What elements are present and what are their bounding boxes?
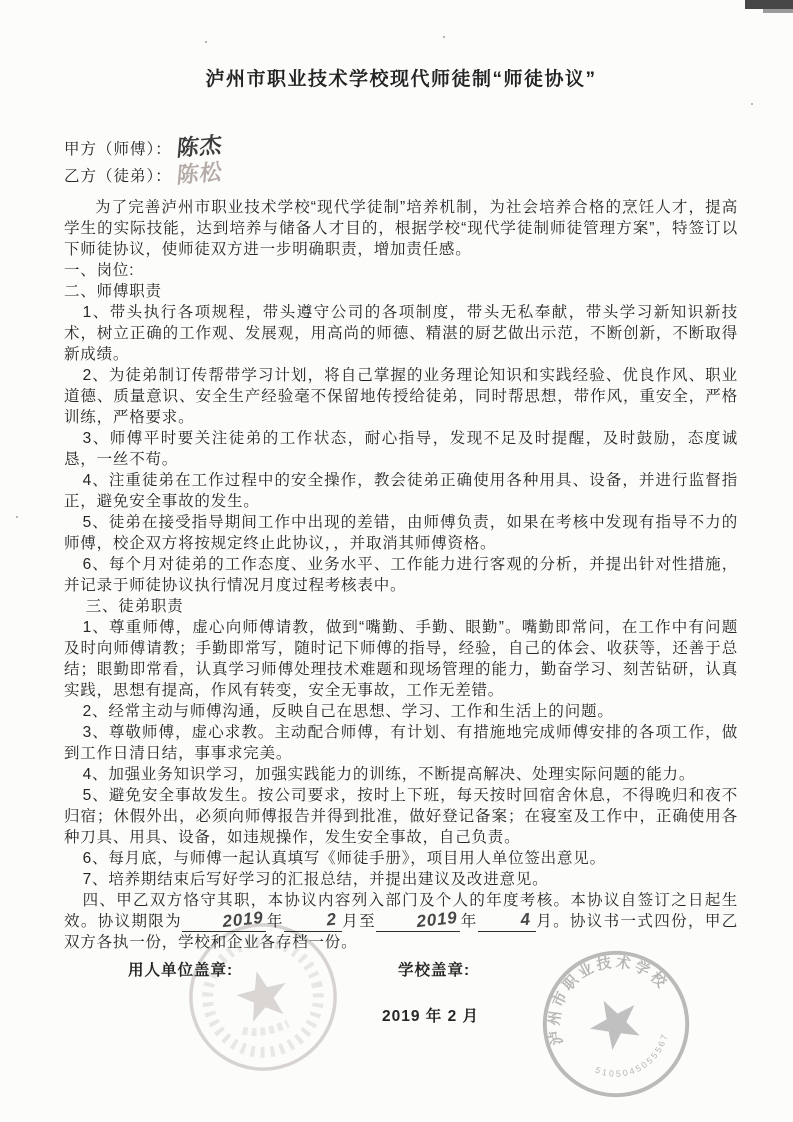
party-master-line: 甲方（师傅）：陈杰 — [64, 137, 738, 164]
section-post-heading: 一、岗位: — [64, 260, 738, 281]
apprentice-duty-item-1: 1、尊重师傅，虚心向师傅请教，做到“嘴勤、手勤、眼勤”。嘴勤即常问，在工作中有问… — [64, 617, 738, 701]
master-duty-item-5: 5、徒弟在接受指导期间工作中出现的差错，由师傅负责，如果在考核中发现有指导不力的… — [64, 512, 738, 554]
preamble-paragraph: 为了完善泸州市职业技术学校“现代学徒制”培养机制，为社会培养合格的烹饪人才，提高… — [64, 197, 738, 260]
employer-stamp-star-icon — [232, 965, 293, 1024]
master-duty-item-3: 3、师傅平时要关注徒弟的工作状态，耐心指导，发现不足及时提醒，及时鼓励，态度诚恳… — [64, 428, 738, 470]
blank-year-end: 2019 — [376, 915, 460, 932]
svg-text:5105045055567: 5105045055567 — [591, 1028, 680, 1093]
section-apprentice-duties-heading: 三、徒弟职责 — [64, 596, 738, 617]
apprentice-duty-item-2: 2、经常主动与师傅沟通，反映自己在思想、学习、工作和生活上的问题。 — [64, 701, 738, 722]
document-title: 泸州市职业技术学校现代师徒制“师徒协议” — [64, 64, 738, 91]
apprentice-duty-item-7: 7、培养期结束后写好学习的汇报总结，并提出建议及改进意见。 — [64, 869, 738, 890]
blank-month-end: 4 — [478, 915, 536, 932]
master-duty-item-6: 6、每个月对徒弟的工作态度、业务水平、工作能力进行客观的分析，并提出针对性措施，… — [64, 554, 738, 596]
school-stamp-star-icon — [582, 989, 649, 1055]
master-duty-item-2: 2、为徒弟制订传帮带学习计划，将自己掌握的业务理论知识和实践经验、优良作风、职业… — [64, 365, 738, 428]
scanned-agreement-page: 泸州市职业技术学校现代师徒制“师徒协议” 甲方（师傅）：陈杰 乙方（徒弟）：陈松… — [0, 0, 793, 1122]
apprentice-duty-item-3: 3、尊敬师傅，虚心求教。主动配合师傅，有计划、有措施地完成师傅安排的各项工作，做… — [64, 722, 738, 764]
party-apprentice-label: 乙方（徒弟）： — [64, 168, 172, 185]
month-to-label: 月至 — [342, 913, 376, 930]
master-duty-item-4: 4、注重徒弟在工作过程中的安全操作，教会徒弟正确使用各种用具、设备，并进行监督指… — [64, 470, 738, 512]
school-stamp-serial: 5105045055567 — [591, 1028, 680, 1093]
school-stamp-ring-text: 泸州市职业技术学校 — [538, 946, 675, 1051]
scan-speck — [751, 103, 753, 105]
footer-date: 2019 年 2 月 — [382, 1004, 479, 1026]
blank-year-start: 2019 — [182, 915, 266, 932]
year-label-2: 年 — [460, 913, 477, 930]
handwritten-year-end: 2019 — [397, 912, 458, 930]
school-stamp: 泸州市职业技术学校 5105045055567 — [538, 946, 694, 1102]
scan-artifact-corner-soft — [763, 9, 793, 13]
apprentice-duty-item-4: 4、加强业务知识学习，加强实践能力的训练，不断提高解决、处理实际问题的能力。 — [64, 764, 738, 785]
master-duty-item-1: 1、带头执行各项规程，带头遵守公司的各项制度，带头无私奉献，带头学习新知识新技术… — [64, 302, 738, 365]
handwritten-month-start: 2 — [307, 914, 337, 929]
blank-month-start: 2 — [284, 915, 342, 932]
party-master-label: 甲方（师傅）： — [64, 141, 172, 158]
handwritten-month-end: 4 — [501, 914, 531, 929]
svg-text:泸州市职业技术学校: 泸州市职业技术学校 — [538, 946, 675, 1051]
party-apprentice-line: 乙方（徒弟）：陈松 — [64, 164, 738, 191]
handwritten-apprentice-name: 陈松 — [176, 162, 224, 186]
scan-artifact-corner — [745, 0, 793, 9]
scan-speck — [16, 516, 18, 518]
employer-seal-label: 用人单位盖章: — [128, 958, 233, 980]
clause-four-paragraph: 四、甲乙双方恪守其职，本协议内容列入部门及个人的年度考核。本协议自签订之日起生效… — [64, 890, 738, 953]
apprentice-duty-item-5: 5、避免安全事故发生。按公司要求，按时上下班，每天按时回宿舍休息，不得晚归和夜不… — [64, 785, 738, 848]
year-label-1: 年 — [266, 913, 283, 930]
section-master-duties-heading: 二、师傅职责 — [64, 281, 738, 302]
handwritten-master-name: 陈杰 — [176, 135, 224, 159]
parties-block: 甲方（师傅）：陈杰 乙方（徒弟）：陈松 — [64, 137, 738, 191]
school-seal-label: 学校盖章: — [398, 958, 470, 980]
document-body: 泸州市职业技术学校现代师徒制“师徒协议” 甲方（师傅）：陈杰 乙方（徒弟）：陈松… — [64, 0, 738, 953]
apprentice-duty-item-6: 6、每月底，与师傅一起认真填写《师徒手册》，项目用人单位签出意见。 — [64, 848, 738, 869]
handwritten-year-start: 2019 — [203, 912, 264, 930]
